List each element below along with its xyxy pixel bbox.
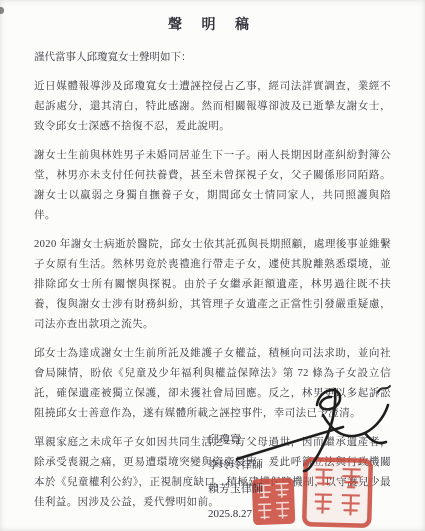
paragraph-3: 2020 年謝女士病逝於醫院，邱女士依其託孤與長期照顧，處理後事並維繫子女原有生… <box>34 235 391 335</box>
page-title: 聲 明 稿 <box>0 14 425 34</box>
salutation-line: 謹代當事人邱瓊寬女士聲明如下： <box>34 48 391 68</box>
handwritten-signature-icon <box>225 381 397 479</box>
lawyer-name-2: 賴芳玉律師 <box>208 477 263 502</box>
statement-date: 2025.8.27 <box>208 502 263 527</box>
paragraph-1: 近日媒體報導涉及邱瓊寬女士遭誣控侵占乙事，經司法詳實調查，業經不起訴處分，還其清… <box>34 77 391 137</box>
paragraph-2: 謝女士生前與林姓男子未婚同居並生下一子。兩人長期因財產糾紛對簿公堂，林男亦未支付… <box>34 146 391 226</box>
statement-document: 聲 明 稿 謹代當事人邱瓊寬女士聲明如下： 近日媒體報導涉及邱瓊寬女士遭誣控侵占… <box>0 0 425 531</box>
scan-artifact-mark <box>0 7 4 14</box>
